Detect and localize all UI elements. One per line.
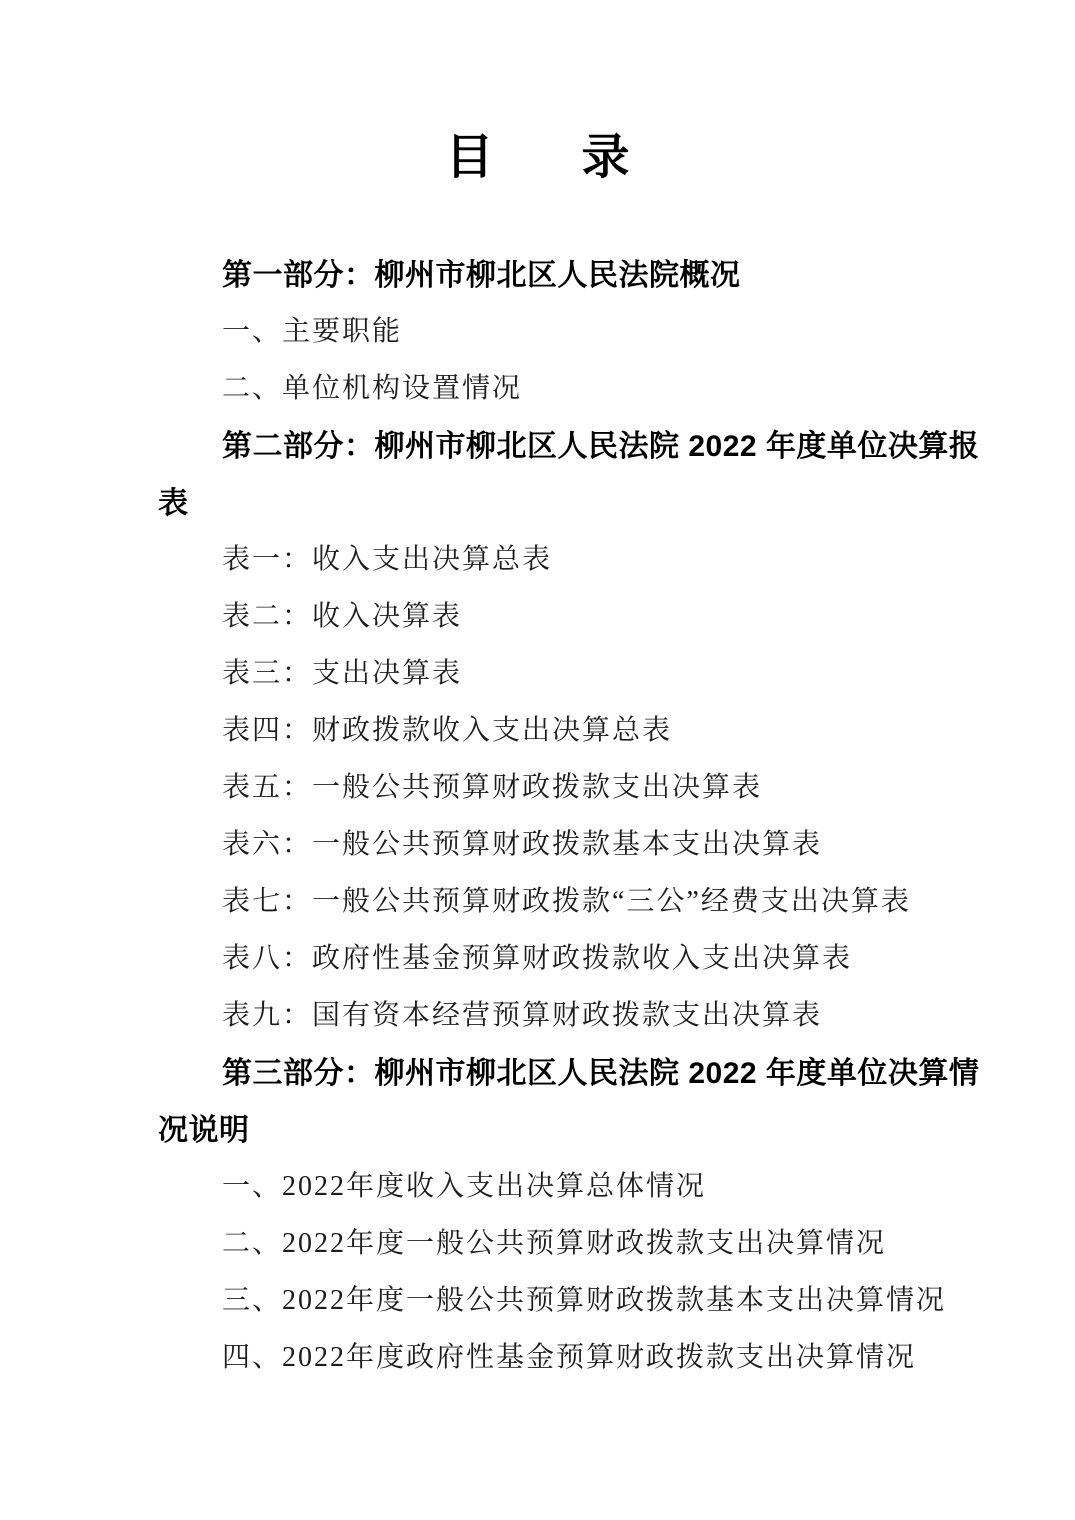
section-2-heading-line-1: 第二部分：柳州市柳北区人民法院 2022 年度单位决算报 (158, 414, 948, 471)
toc-item: 表一：收入支出决算总表 (158, 528, 948, 585)
toc-item: 表七：一般公共预算财政拨款“三公”经费支出决算表 (158, 870, 948, 927)
toc-title-char-2: 录 (582, 126, 630, 190)
toc-item: 一、主要职能 (158, 300, 948, 357)
section-3-heading-line-2: 况说明 (158, 1098, 948, 1155)
section-2-heading-line-2: 表 (158, 471, 948, 528)
toc-item: 二、单位机构设置情况 (158, 357, 948, 414)
toc-body: 第一部分：柳州市柳北区人民法院概况 一、主要职能 二、单位机构设置情况 第二部分… (158, 243, 948, 1383)
toc-item: 表五：一般公共预算财政拨款支出决算表 (158, 756, 948, 813)
toc-item: 表二：收入决算表 (158, 585, 948, 642)
section-1-heading: 第一部分：柳州市柳北区人民法院概况 (158, 243, 948, 300)
toc-item: 二、2022年度一般公共预算财政拨款支出决算情况 (158, 1212, 948, 1269)
section-3-heading-line-1: 第三部分：柳州市柳北区人民法院 2022 年度单位决算情 (158, 1041, 948, 1098)
toc-title-char-1: 目 (445, 126, 493, 190)
toc-item: 表三：支出决算表 (158, 642, 948, 699)
toc-item: 表四：财政拨款收入支出决算总表 (158, 699, 948, 756)
toc-item: 三、2022年度一般公共预算财政拨款基本支出决算情况 (158, 1269, 948, 1326)
toc-item: 表九：国有资本经营预算财政拨款支出决算表 (158, 984, 948, 1041)
toc-item: 表六：一般公共预算财政拨款基本支出决算表 (158, 813, 948, 870)
toc-item: 一、2022年度收入支出决算总体情况 (158, 1155, 948, 1212)
toc-item: 四、2022年度政府性基金预算财政拨款支出决算情况 (158, 1326, 948, 1383)
toc-title: 目 录 (0, 126, 1075, 190)
toc-item: 表八：政府性基金预算财政拨款收入支出决算表 (158, 927, 948, 984)
